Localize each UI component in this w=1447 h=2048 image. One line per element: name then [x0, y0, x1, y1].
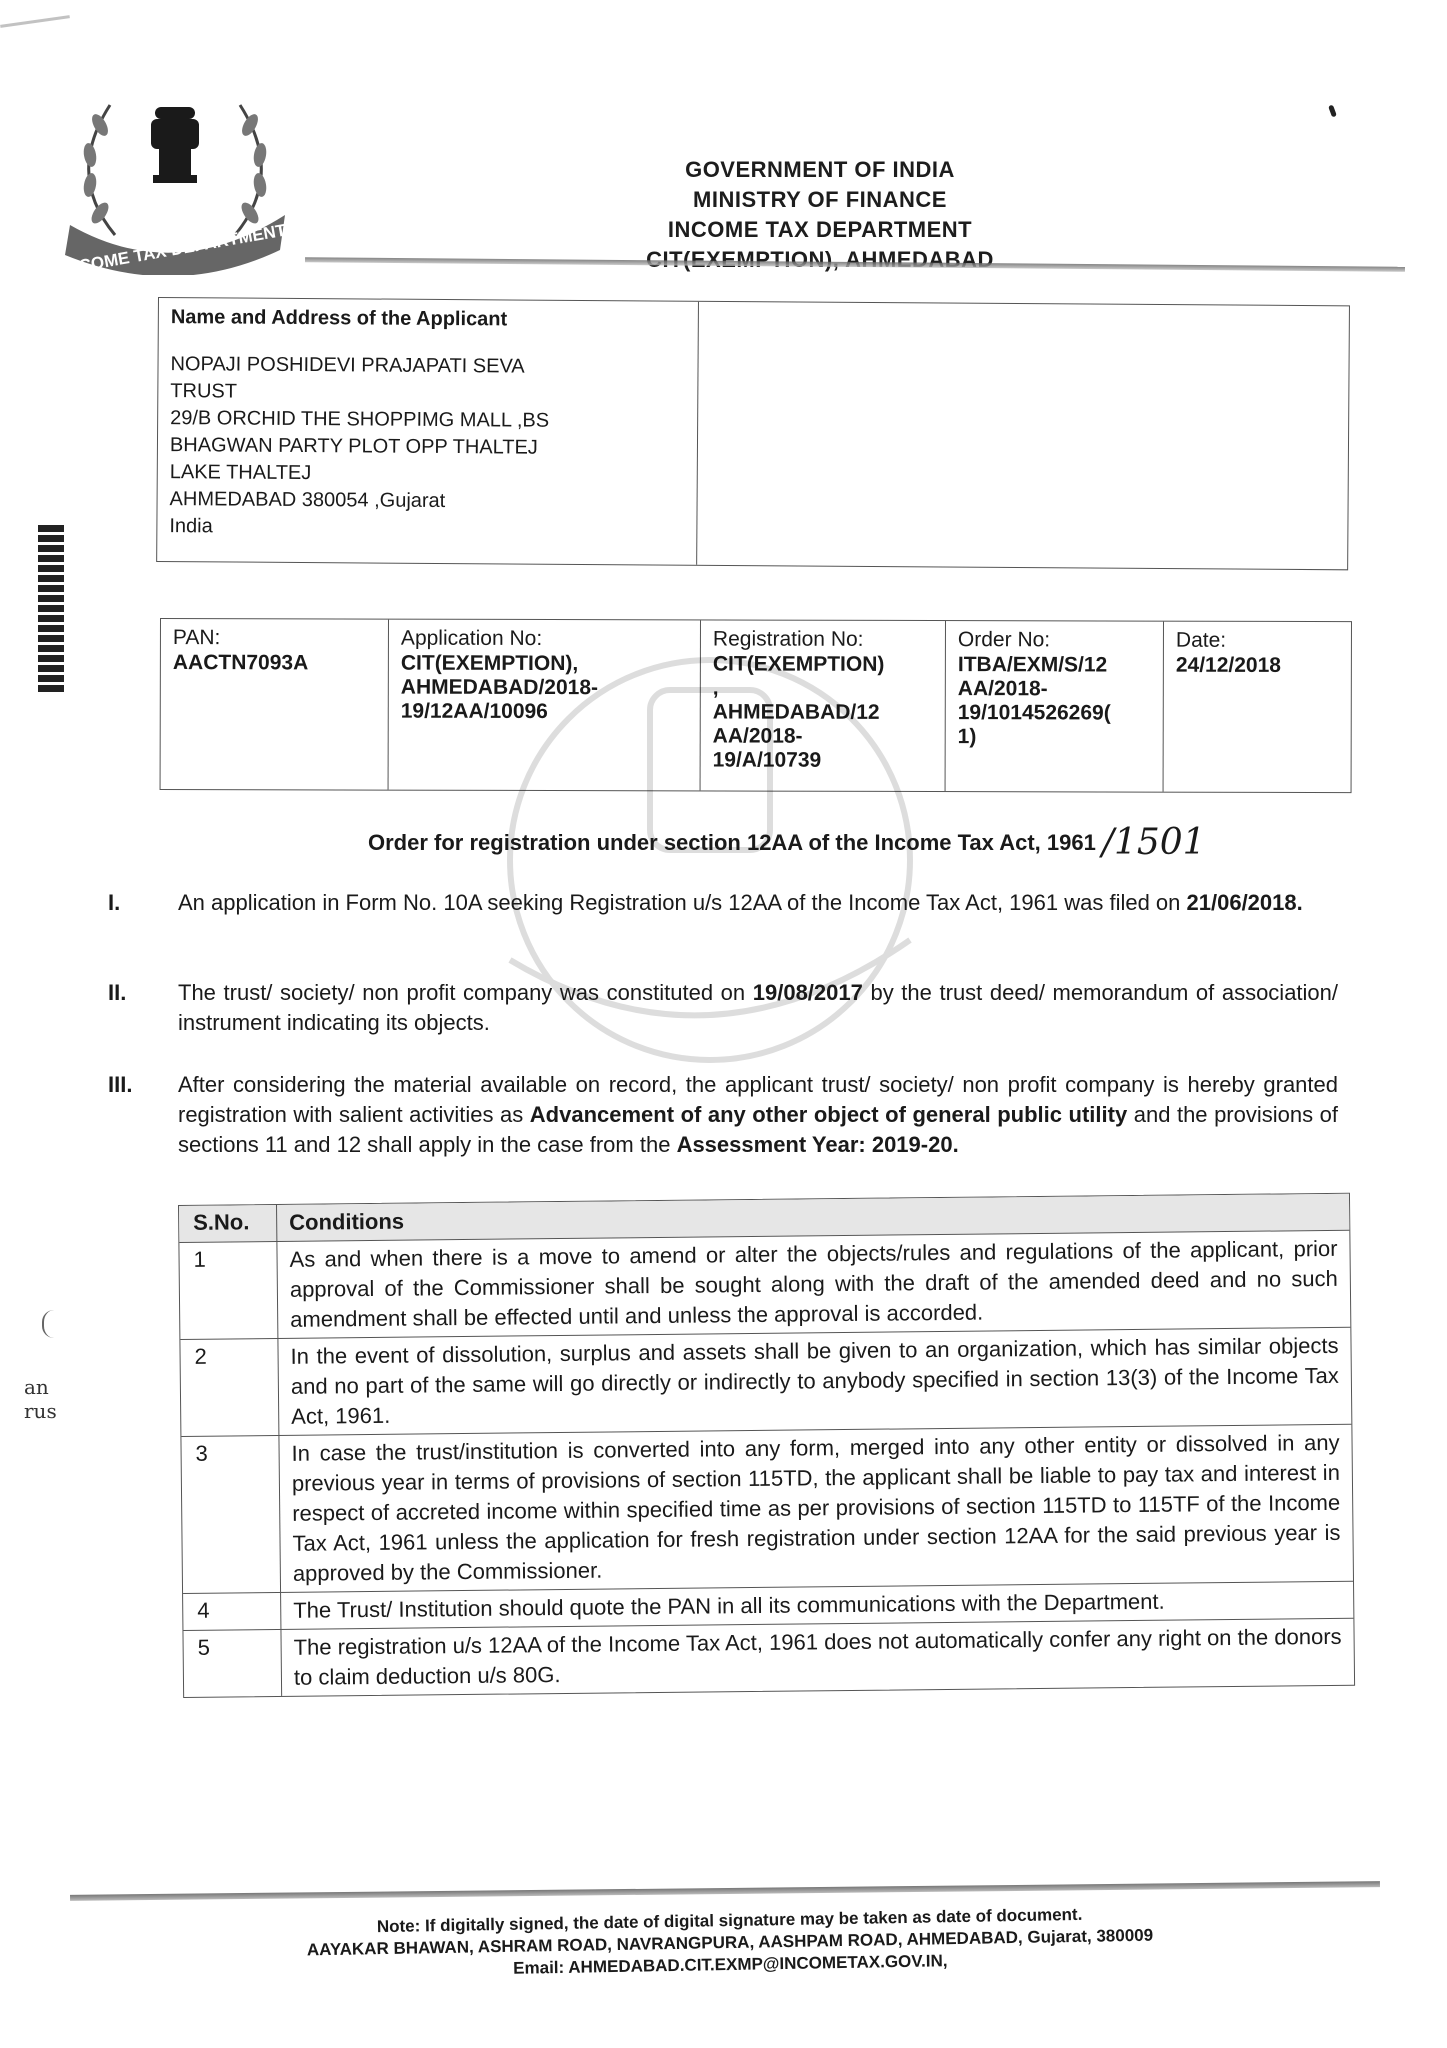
application-no-cell: Application No: CIT(EXEMPTION), AHMEDABA… [389, 620, 701, 791]
letterhead: GOVERNMENT OF INDIA MINISTRY OF FINANCE … [560, 155, 1080, 275]
applicant-line: India [169, 513, 684, 544]
emphasized-text: Advancement of any other object of gener… [530, 1102, 1127, 1127]
paragraph-number: II. [108, 978, 178, 1038]
table-row: 3 In case the trust/institution is conve… [181, 1424, 1353, 1593]
scan-artifact [0, 15, 70, 28]
applicant-line: AHMEDABAD 380054 ,Gujarat [169, 486, 684, 517]
registration-no-cell: Registration No: CIT(EXEMPTION) , AHMEDA… [701, 620, 946, 791]
applicant-details: Name and Address of the Applicant NOPAJI… [157, 298, 699, 565]
body-text: An application in Form No. 10A seeking R… [178, 890, 1187, 915]
order-title-text: Order for registration under section 12A… [368, 830, 1096, 855]
footer: Note: If digitally signed, the date of d… [180, 1900, 1281, 1985]
date-label: Date: [1176, 628, 1339, 654]
application-no-value: CIT(EXEMPTION), AHMEDABAD/2018- 19/12AA/… [401, 652, 688, 725]
table-row: 5 The registration u/s 12AA of the Incom… [183, 1618, 1354, 1697]
header-line: GOVERNMENT OF INDIA [560, 155, 1080, 185]
applicant-blank-cell [697, 302, 1349, 570]
table-row: 2 In the event of dissolution, surplus a… [180, 1327, 1351, 1436]
condition-text: In the event of dissolution, surplus and… [278, 1328, 1351, 1435]
pan-value: AACTN7093A [173, 651, 376, 676]
order-no-label: Order No: [958, 627, 1151, 654]
emblem-icon [151, 107, 199, 183]
emphasized-text: 19/08/2017 [753, 980, 863, 1005]
paragraph-text: The trust/ society/ non profit company w… [178, 978, 1338, 1038]
applicant-line: TRUST [170, 378, 685, 409]
applicant-box: Name and Address of the Applicant NOPAJI… [156, 297, 1350, 570]
footer-divider [70, 1881, 1380, 1901]
margin-scrap-mark [42, 1310, 66, 1338]
condition-number: 1 [179, 1242, 278, 1339]
condition-text: The registration u/s 12AA of the Income … [281, 1619, 1354, 1696]
pan-cell: PAN: AACTN7093A [161, 619, 389, 790]
registration-info-table: PAN: AACTN7093A Application No: CIT(EXEM… [160, 618, 1352, 793]
income-tax-department-logo: INCOME TAX DEPARTMENT [45, 85, 305, 275]
applicant-title: Name and Address of the Applicant [171, 306, 686, 333]
applicant-line: BHAGWAN PARTY PLOT OPP THALTEJ [170, 432, 685, 463]
order-no-value: ITBA/EXM/S/12 AA/2018- 19/1014526269( 1) [958, 653, 1151, 750]
ink-mark [1328, 105, 1337, 118]
registration-no-label: Registration No: [713, 626, 933, 653]
table-row: 1 As and when there is a move to amend o… [179, 1230, 1350, 1339]
pan-label: PAN: [173, 625, 376, 652]
sno-header: S.No. [179, 1205, 277, 1242]
order-no-cell: Order No: ITBA/EXM/S/12 AA/2018- 19/1014… [946, 621, 1164, 792]
date-cell: Date: 24/12/2018 [1164, 622, 1351, 792]
applicant-line: NOPAJI POSHIDEVI PRAJAPATI SEVA [170, 351, 685, 382]
conditions-table: S.No. Conditions 1 As and when there is … [178, 1193, 1355, 1698]
paragraph-text: After considering the material available… [178, 1070, 1338, 1160]
application-no-label: Application No: [401, 626, 688, 653]
header-line: MINISTRY OF FINANCE [560, 185, 1080, 215]
emphasized-text: Assessment Year: 2019-20. [677, 1132, 959, 1157]
condition-text: As and when there is a move to amend or … [277, 1231, 1350, 1338]
registration-no-value: CIT(EXEMPTION) , AHMEDABAD/12 AA/2018- 1… [713, 652, 933, 773]
condition-text: In case the trust/institution is convert… [279, 1425, 1353, 1592]
margin-text: rus [24, 1399, 57, 1423]
applicant-line: LAKE THALTEJ [170, 459, 685, 490]
body-text: The trust/ society/ non profit company w… [178, 980, 753, 1005]
paragraph-text: An application in Form No. 10A seeking R… [178, 888, 1338, 918]
paragraph-3: III. After considering the material avai… [108, 1070, 1338, 1160]
condition-number: 2 [180, 1339, 279, 1436]
handwritten-number: /1501 [1102, 822, 1206, 863]
emphasized-text: 21/06/2018. [1187, 890, 1303, 915]
margin-text: an [24, 1375, 57, 1399]
header-line: INCOME TAX DEPARTMENT [560, 215, 1080, 245]
date-value: 24/12/2018 [1176, 654, 1339, 678]
paragraph-number: I. [108, 888, 178, 918]
condition-number: 5 [183, 1630, 282, 1697]
condition-number: 3 [181, 1436, 281, 1593]
margin-scrap-text: an rus [24, 1375, 57, 1423]
applicant-line: 29/B ORCHID THE SHOPPIMG MALL ,BS [170, 405, 685, 436]
condition-number: 4 [183, 1593, 281, 1630]
paragraph-number: III. [108, 1070, 178, 1160]
barcode [38, 525, 64, 695]
paragraph-2: II. The trust/ society/ non profit compa… [108, 978, 1338, 1038]
paragraph-1: I. An application in Form No. 10A seekin… [108, 888, 1338, 918]
order-title: Order for registration under section 12A… [368, 822, 1206, 863]
